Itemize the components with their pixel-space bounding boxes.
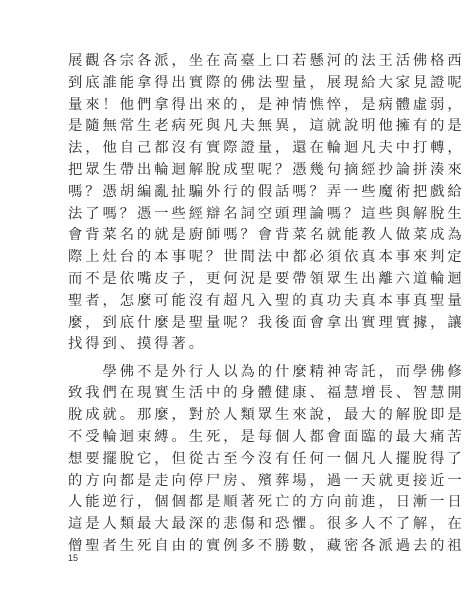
text-line: 聖者，怎麼可能沒有超凡入聖的真功夫真本事真聖量顯現呢？那: [68, 291, 400, 313]
text-line: 法了嗎？憑一些經辯名詞空頭理論嗎？這些與解脫生死毫無關係！: [68, 204, 400, 226]
text-line: 展觀各宗各派，坐在高臺上口若懸河的法王活佛格西堪布法師，: [68, 51, 400, 73]
paragraph-2: 學佛不是外行人以為的什麼精神寄託，而學佛修行將直接導 致我們在現實生活中的身體健…: [68, 362, 400, 558]
text-line: 量來！他們拿得出來的，是神情憔悴，是病體虛弱，是形消骨立，: [68, 95, 400, 117]
text-line: 嗎？憑胡編亂扯騙外行的假話嗎？弄一些魔術把戲給人看就叫佛: [68, 182, 400, 204]
text-line: 找得到、摸得著。: [68, 334, 400, 356]
text-line: 會背菜名的就是廚師嗎？會背菜名就能教人做菜成為大廚嗎？實: [68, 225, 400, 247]
text-line: 不受輪迴束縛。生死，是每個人都會面臨的最大痛苦，每個人都: [68, 427, 400, 449]
paragraph-1: 展觀各宗各派，坐在高臺上口若懸河的法王活佛格西堪布法師， 到底誰能拿得出實際的佛…: [68, 51, 400, 356]
text-line: 把眾生帶出輪迴解脫成聖呢？憑幾句摘經抄論拼湊來的佛教術語: [68, 160, 400, 182]
text-line: 學佛不是外行人以為的什麼精神寄託，而學佛修行將直接導: [68, 362, 400, 384]
text-line: 僧聖者生死自由的實例多不勝數，藏密各派過去的祖師、大法王、: [68, 536, 400, 558]
text-line: 人能逆行，個個都是順著死亡的方向前進，日漸一日地虛弱衰竭，: [68, 492, 400, 514]
body-text: 展觀各宗各派，坐在高臺上口若懸河的法王活佛格西堪布法師， 到底誰能拿得出實際的佛…: [68, 51, 400, 558]
text-line: 際上灶台的本事呢？世間法中都必須依真本事來判定能力高低，: [68, 247, 400, 269]
text-line: 的方向都是走向停尸房、殯葬場，過一天就更接近一天，沒有一: [68, 471, 400, 493]
page-number: 15: [68, 553, 78, 563]
text-line: 麼，到底什麼是聖量呢？我後面會拿出實理實據，讓你們看得見、: [68, 313, 400, 335]
text-line: 法，他自己都沒有實際證量，還在輪迴凡夫中打轉，又能憑什麼: [68, 138, 400, 160]
text-line: 這是人類最大最深的悲傷和恐懼。很多人不了解，在佛教中，高: [68, 514, 400, 536]
text-line: 脫成就。那麼，對於人類眾生來說，最大的解脫即是自由於生死，: [68, 405, 400, 427]
text-line: 是隨無常生老病死與凡夫無異，這就說明他擁有的是打問號的佛: [68, 116, 400, 138]
text-line: 而不是依嘴皮子，更何況是要帶領眾生出離六道輪迴的佛菩薩大: [68, 269, 400, 291]
text-line: 想要擺脫它，但從古至今沒有任何一個凡人擺脫得了，凡人每天: [68, 449, 400, 471]
document-page: 展觀各宗各派，坐在高臺上口若懸河的法王活佛格西堪布法師， 到底誰能拿得出實際的佛…: [0, 0, 464, 600]
text-line: 到底誰能拿得出實際的佛法聖量，展現給大家見證呢？拿不出聖: [68, 73, 400, 95]
text-line: 致我們在現實生活中的身體健康、福慧增長、智慧開盾，直至解: [68, 383, 400, 405]
